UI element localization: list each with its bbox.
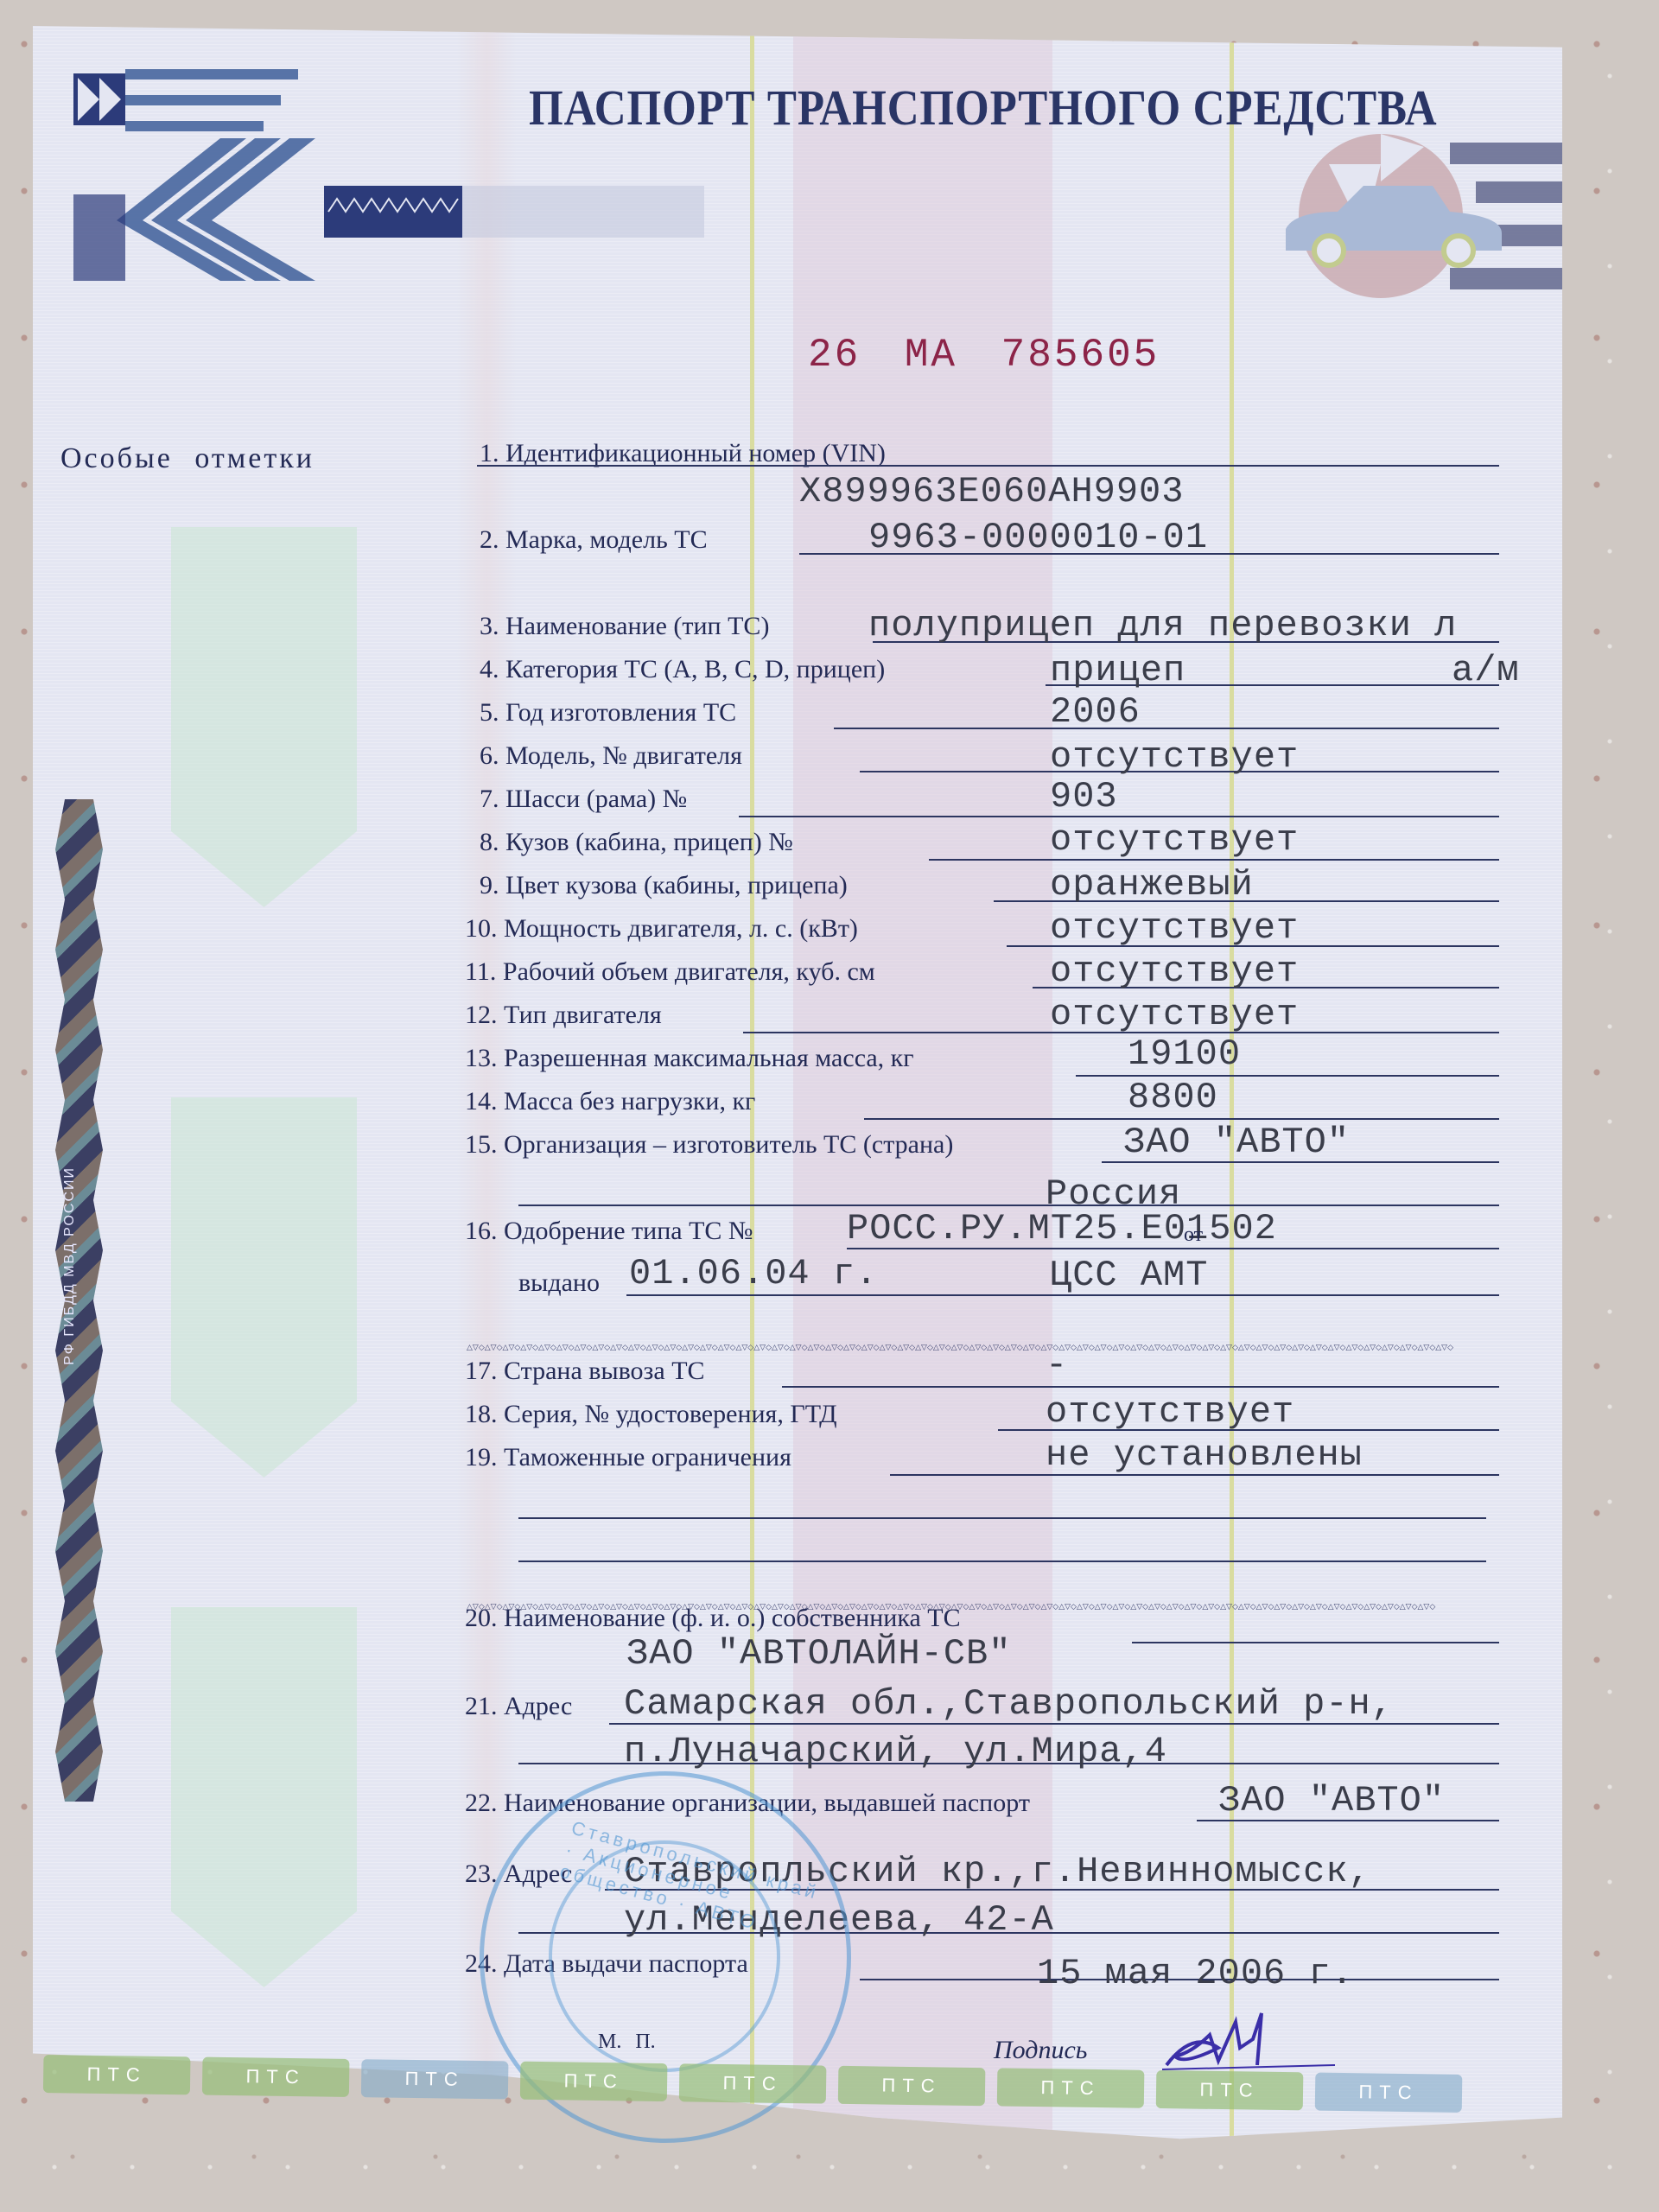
field-label-text: Страна вывоза ТС [504, 1357, 705, 1385]
field-number: 14. [465, 1087, 498, 1116]
field-number: 13. [465, 1044, 498, 1073]
field-value: Самарская обл.,Ставропольский р-н, [624, 1683, 1394, 1725]
field-label-text: Категория ТС (A, B, C, D, прицеп) [505, 655, 885, 683]
issued-label: выдано [518, 1268, 600, 1298]
fill-line [477, 465, 1499, 467]
issued-by: ЦСС АМТ [1050, 1255, 1208, 1296]
ornament-divider: △▽◇△▽◇△▽◇△▽◇△▽◇△▽◇△▽◇△▽◇△▽◇△▽◇△▽◇△▽◇△▽◇△… [467, 1603, 1486, 1611]
field-number: 10. [465, 914, 498, 944]
pts-ornament-cell: ПТС [361, 2059, 509, 2099]
field-number: 16. [465, 1217, 498, 1246]
fill-line [782, 1386, 1499, 1388]
fill-line [864, 1118, 1499, 1120]
field-number: 17. [465, 1357, 498, 1386]
field-label: 8. Кузов (кабина, прицеп) № [480, 828, 793, 857]
field-label-text: Адрес [504, 1692, 572, 1720]
field-label: 16. Одобрение типа ТС № [465, 1217, 753, 1246]
serial-number: 785605 [1001, 333, 1160, 378]
car-emblem-icon [1277, 130, 1562, 302]
special-notes-heading: Особые отметки [60, 442, 315, 475]
field-label: 3. Наименование (тип ТС) [480, 612, 769, 641]
field-number: 18. [465, 1400, 498, 1429]
field-label-text: Одобрение типа ТС № [504, 1217, 753, 1245]
field-number: 11. [465, 957, 496, 987]
field-label-text: Организация – изготовитель ТС (страна) [504, 1130, 953, 1159]
field-label-text: Мощность двигателя, л. с. (кВт) [504, 914, 858, 943]
field-value: отсутствует [1050, 907, 1299, 949]
pts-ornament-cell: ПТС [1156, 2070, 1304, 2110]
field-label: 7. Шасси (рама) № [480, 785, 687, 814]
hologram-text: РФ ГИБДД МВД РОССИИ [62, 1166, 78, 1365]
field-label: 10. Мощность двигателя, л. с. (кВт) [465, 914, 858, 944]
fill-line [518, 1205, 1499, 1206]
field-label-text: Тип двигателя [504, 1001, 662, 1029]
field-value: оранжевый [1050, 864, 1254, 906]
field-label: 1. Идентификационный номер (VIN) [480, 439, 886, 468]
pts-ornament-cell: ПТС [679, 2063, 827, 2103]
field-label: 12. Тип двигателя [465, 1001, 662, 1030]
from-label: от [1184, 1224, 1203, 1247]
field-value: 19100 [1128, 1033, 1241, 1075]
field-number: 5. [480, 698, 499, 728]
field-value: X899963E060AH9903 [799, 471, 1184, 512]
field-value: полуприцеп для перевозки л [868, 605, 1457, 646]
field-label-text: Идентификационный номер (VIN) [505, 439, 886, 467]
field-value: 9963-0000010-01 [868, 517, 1208, 558]
field-number: 19. [465, 1443, 498, 1472]
pts-ornament-cell: ПТС [520, 2062, 668, 2101]
pts-ornament-cell: ПТС [43, 2055, 191, 2094]
field-value: РОСС.РУ.МТ25.Е01502 [847, 1208, 1277, 1249]
field-label-text: Таможенные ограничения [504, 1443, 791, 1471]
field-value: отсутствует [1050, 950, 1299, 992]
field-number: 23. [465, 1859, 498, 1889]
field-number: 12. [465, 1001, 498, 1030]
field-label-text: Кузов (кабина, прицеп) № [505, 828, 793, 856]
ornament-divider: △▽◇△▽◇△▽◇△▽◇△▽◇△▽◇△▽◇△▽◇△▽◇△▽◇△▽◇△▽◇△▽◇△… [467, 1344, 1486, 1352]
field-value: отсутствует [1050, 819, 1299, 861]
field-value-line2: п.Луначарский, ул.Мира,4 [624, 1731, 1167, 1772]
field-label-text: Рабочий объем двигателя, куб. см [503, 957, 875, 986]
field-number: 7. [480, 785, 499, 814]
serial-series: МА [905, 333, 957, 378]
field-label: 19. Таможенные ограничения [465, 1443, 791, 1472]
field-value: отсутствует [1050, 994, 1299, 1035]
issued-date: 01.06.04 г. [629, 1253, 878, 1294]
field-value: 2006 [1050, 691, 1141, 733]
field-value: ЗАО "АВТО" [1218, 1780, 1445, 1821]
pts-ornament-cell: ПТС [202, 2057, 350, 2097]
pts-ornament-cell: ПТС [997, 2068, 1145, 2107]
field-label: 18. Серия, № удостоверения, ГТД [465, 1400, 837, 1429]
field-number: 6. [480, 741, 499, 771]
field-number: 8. [480, 828, 499, 857]
field-label: 4. Категория ТС (A, B, C, D, прицеп) [480, 655, 885, 684]
field-label: 21. Адрес [465, 1692, 572, 1721]
seal-place-label: М. П. [598, 2031, 656, 2054]
field-value: ЗАО "АВТО" [1123, 1122, 1350, 1163]
field-label: 11. Рабочий объем двигателя, куб. см [465, 957, 875, 987]
signature-mark [1162, 2005, 1335, 2074]
blank-line [518, 1560, 1486, 1562]
field-label: 9. Цвет кузова (кабины, прицепа) [480, 871, 848, 900]
field-label: 6. Модель, № двигателя [480, 741, 742, 771]
serial-region: 26 [808, 333, 861, 378]
field-number: 21. [465, 1692, 498, 1721]
field-value: прицеп [1050, 650, 1185, 691]
fill-line [739, 816, 1499, 817]
field-label-text: Год изготовления ТС [505, 698, 736, 727]
blank-line [518, 1517, 1486, 1519]
page-title: ПАСПОРТ ТРАНСПОРТНОГО СРЕДСТВА [529, 79, 1437, 137]
field-label-text: Цвет кузова (кабины, прицепа) [505, 871, 848, 899]
security-thread [1230, 26, 1234, 2160]
field-value: отсутствует [1046, 1391, 1294, 1433]
fill-line [1132, 1642, 1499, 1643]
field-value-extra: а/м [1452, 650, 1520, 691]
field-label: 2. Марка, модель ТС [480, 525, 708, 555]
field-number: 1. [480, 439, 499, 468]
passport-serial-number: 26 МА 785605 [808, 333, 1160, 378]
field-label-text: Масса без нагрузки, кг [504, 1087, 755, 1116]
field-value: 8800 [1128, 1077, 1218, 1118]
field-number: 22. [465, 1789, 498, 1818]
field-label-text: Наименование (тип ТС) [505, 612, 769, 640]
field-label: 17. Страна вывоза ТС [465, 1357, 705, 1386]
field-value: 15 мая 2006 г. [1037, 1953, 1354, 1994]
field-label: 15. Организация – изготовитель ТС (стран… [465, 1130, 953, 1160]
field-label-text: Серия, № удостоверения, ГТД [504, 1400, 837, 1428]
field-number: 3. [480, 612, 499, 641]
pts-ornament-cell: ПТС [838, 2066, 986, 2106]
field-label-text: Марка, модель ТС [505, 525, 708, 554]
field-label: 13. Разрешенная максимальная масса, кг [465, 1044, 914, 1073]
watermark-chevron [171, 1097, 357, 1478]
watermark-chevron [171, 1607, 357, 1987]
field-number: 4. [480, 655, 499, 684]
field-number: 9. [480, 871, 499, 900]
field-value: не установлены [1046, 1434, 1363, 1476]
field-number: 2. [480, 525, 499, 555]
field-label: 14. Масса без нагрузки, кг [465, 1087, 755, 1116]
signature-label: Подпись [994, 2036, 1087, 2065]
field-label-text: Модель, № двигателя [505, 741, 742, 770]
field-value: 903 [1050, 776, 1118, 817]
field-value: ЗАО "АВТОЛАЙН-СВ" [626, 1633, 1011, 1675]
field-label: 5. Год изготовления ТС [480, 698, 736, 728]
field-value: отсутствует [1050, 736, 1299, 778]
pts-ornament-cell: ПТС [1315, 2073, 1463, 2113]
field-label-text: Шасси (рама) № [505, 785, 687, 813]
watermark-chevron [171, 527, 357, 907]
fill-line [834, 728, 1499, 729]
field-label-text: Разрешенная максимальная масса, кг [504, 1044, 914, 1072]
field-number: 15. [465, 1130, 498, 1160]
